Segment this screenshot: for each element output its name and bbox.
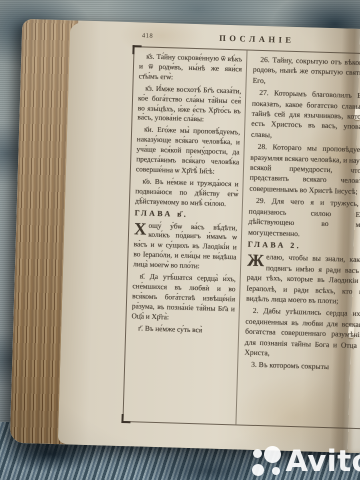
open-book: 418 ПОСЛАНІЕ к҃ѕ. Та́йну сокрове́нную ѿ … xyxy=(10,19,360,453)
verse-paragraph: к҃з. И́мже восхотѣ́ Бг҃ъ сказа́ти, ко́е … xyxy=(137,83,241,126)
drop-cap: Х xyxy=(134,221,147,236)
verse-paragraph: в҃. Да утѣ́шатся сердца̀ и́хъ, сне́мшихс… xyxy=(131,271,235,324)
verse-paragraph: 27. Которымъ благоволилъ Богъ показать, … xyxy=(251,88,360,144)
verse-paragraph: г҃. Въ не́мже су́ть вся̀ xyxy=(131,323,234,336)
frame-corner-ornament xyxy=(121,414,130,423)
verse-paragraph: к҃ѕ. Та́йну сокрове́нную ѿ вѣ́къ и ѿ род… xyxy=(139,51,243,84)
russian-column: 26. Тайну, сокрытую отъ вѣковъ и родовъ,… xyxy=(244,55,360,376)
verse-paragraph: к҃ѳ. Въ не́мже и тружда́юся и подвиза́юс… xyxy=(135,176,239,209)
verse-paragraph: 29. Для чего я и тружусь, и подвизаюсь с… xyxy=(248,196,360,241)
verse-text: ощу́ у́бѡ ва́съ вѣ́дѣти, коли́къ по́двиг… xyxy=(133,220,237,270)
verse-paragraph: 2. Дабы утѣшились сердца ихъ, соединенны… xyxy=(244,306,360,362)
verse-paragraph: 28. Котораго мы проповѣдуемъ, вразумляя … xyxy=(249,142,360,198)
book-page: 418 ПОСЛАНІЕ к҃ѕ. Та́йну сокрове́нную ѿ … xyxy=(58,20,360,453)
verse-paragraph: 26. Тайну, сокрытую отъ вѣковъ и родовъ,… xyxy=(252,55,360,90)
verse-paragraph: 3. Въ которомъ сокрыты xyxy=(244,360,360,374)
watermark: Avito xyxy=(252,446,360,476)
text-frame: к҃ѕ. Та́йну сокрове́нную ѿ вѣ́къ и ѿ род… xyxy=(122,46,360,429)
verse-paragraph: Хощу́ у́бѡ ва́съ вѣ́дѣти, коли́къ по́дви… xyxy=(133,220,237,273)
running-title: ПОСЛАНІЕ xyxy=(134,30,360,47)
verse-paragraph: к҃и. Его́же мы̀ проповѣ́дуемъ, наказу́ющ… xyxy=(136,125,240,178)
verse-paragraph: Желаю, чтобы вы знали, какой подвигъ имѣ… xyxy=(246,252,360,308)
watermark-text: Avito xyxy=(285,446,360,476)
avito-logo-icon xyxy=(252,446,282,476)
drop-cap: Ж xyxy=(247,253,264,268)
chapter-heading: ГЛАВА в҃. xyxy=(135,208,238,221)
book-photo: 418 ПОСЛАНІЕ к҃ѕ. Та́йну сокрове́нную ѿ … xyxy=(0,0,360,480)
church-slavonic-column: к҃ѕ. Та́йну сокрове́нную ѿ вѣ́къ и ѿ род… xyxy=(131,51,242,337)
